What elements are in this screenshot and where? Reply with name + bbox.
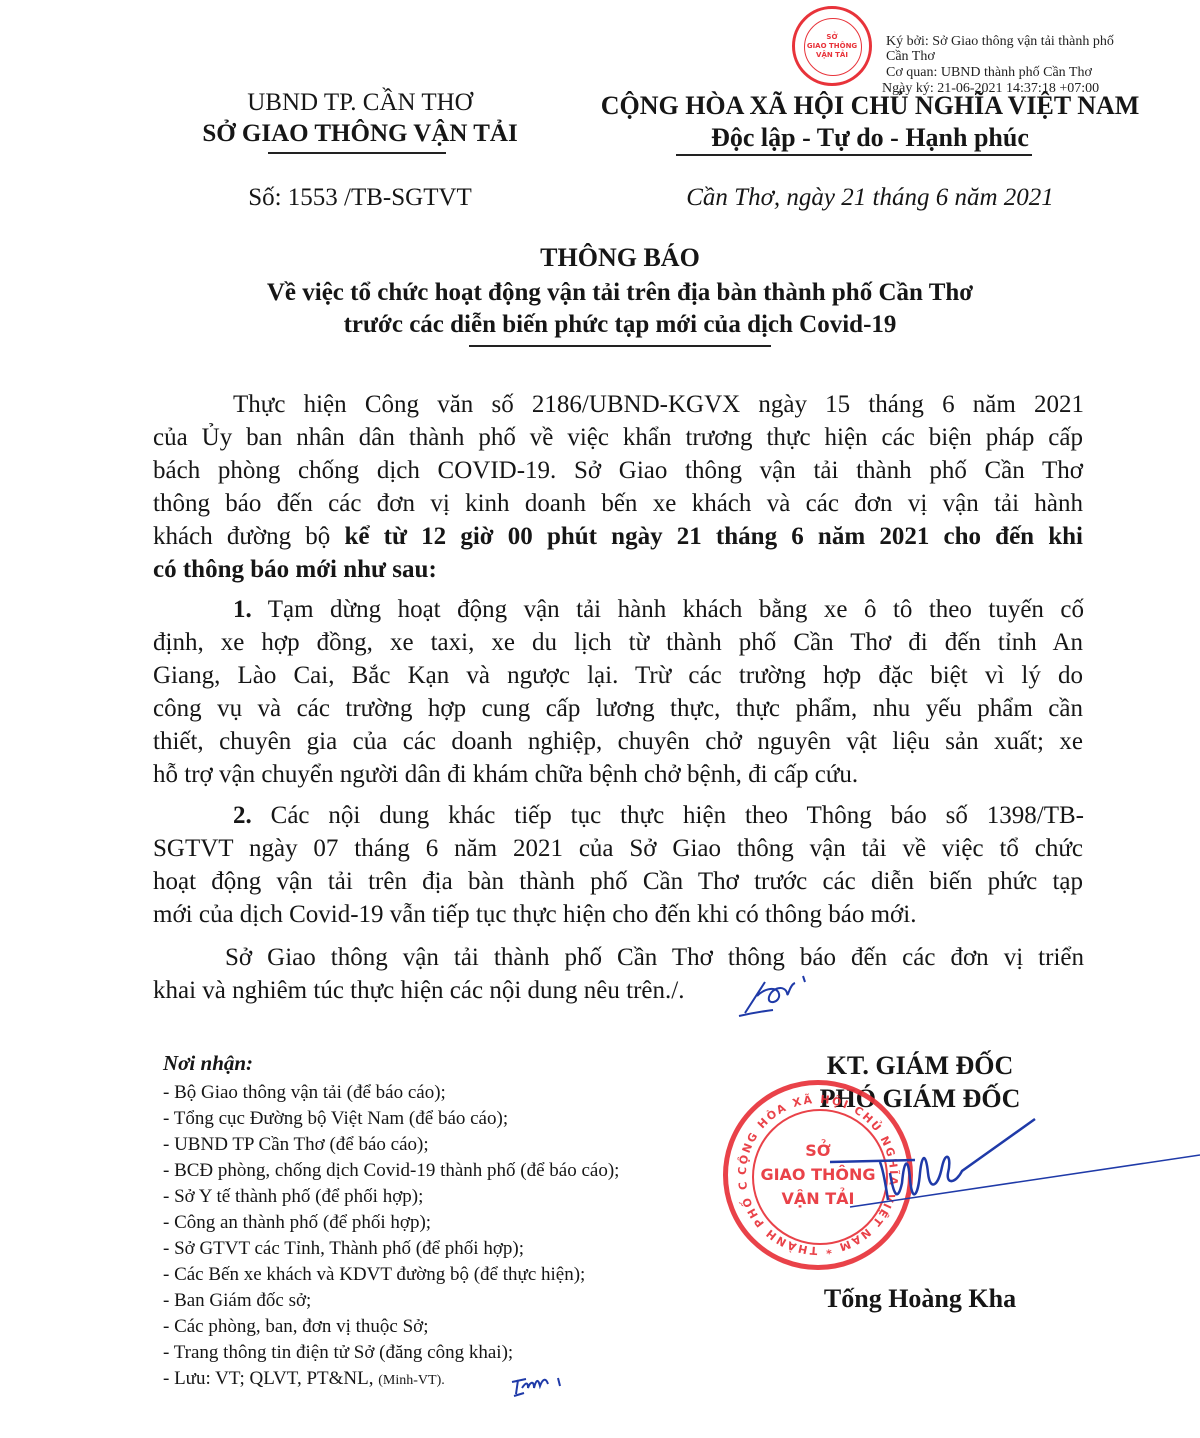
item2-line: hoạt động vận tải trên địa bàn thành phố… <box>153 865 1083 898</box>
stamp-small-line-1: SỞ <box>795 33 869 42</box>
intro-line: của Ủy ban nhân dân thành phố về việc kh… <box>153 421 1083 454</box>
digital-signature-stamp: SỞ GIAO THÔNG VẬN TẢI <box>792 6 872 86</box>
initial-mark-icon <box>735 968 855 1023</box>
recipient-archive: - Lưu: VT; QLVT, PT&NL, (Minh-VT). <box>163 1366 445 1394</box>
subject-line-1: Về việc tổ chức hoạt động vận tải trên đ… <box>0 279 1200 307</box>
item1-line: định, xe hợp đồng, xe taxi, xe du lịch t… <box>153 626 1083 659</box>
item1-line: 1. Tạm dừng hoạt động vận tải hành khách… <box>233 593 1084 626</box>
archive-initial-icon <box>508 1370 578 1400</box>
stamp-small-line-3: VẬN TẢI <box>795 51 869 60</box>
signer-on-behalf: KT. GIÁM ĐỐC <box>790 1051 1050 1081</box>
title-underline <box>469 345 771 347</box>
recipient-item: - Sở Y tế thành phố (để phối hợp); <box>163 1184 423 1210</box>
recipient-item: - Ban Giám đốc sở; <box>163 1288 311 1314</box>
org-name: SỞ GIAO THÔNG VẬN TẢI <box>150 120 570 148</box>
intro-line: thông báo đến các đơn vị kinh doanh bến … <box>153 487 1083 520</box>
national-title: CỘNG HÒA XÃ HỘI CHỦ NGHĨA VIỆT NAM <box>560 91 1180 121</box>
signed-by-cont: Cần Thơ <box>886 49 935 64</box>
signing-agency: Cơ quan: UBND thành phố Cần Thơ <box>886 65 1092 80</box>
place-date: Cần Thơ, ngày 21 tháng 6 năm 2021 <box>560 184 1180 212</box>
recipient-item: - Bộ Giao thông vận tải (để báo cáo); <box>163 1080 446 1106</box>
closing-line: khai và nghiêm túc thực hiện các nội dun… <box>153 974 1083 1007</box>
item2-line: mới của dịch Covid-19 vẫn tiếp tục thực … <box>153 898 1083 931</box>
stamp-small-line-2: GIAO THÔNG <box>795 42 869 51</box>
item1-line: công vụ và các trường hợp cung cấp lương… <box>153 692 1083 725</box>
intro-line-bold: có thông báo mới như sau: <box>153 553 1083 586</box>
intro-effective-time: kể từ 12 giờ 00 phút ngày 21 tháng 6 năm… <box>344 523 1083 550</box>
recipient-item: - UBND TP Cần Thơ (để báo cáo); <box>163 1132 429 1158</box>
handwritten-signature-icon <box>820 1125 1200 1225</box>
item1-line: hỗ trợ vận chuyển người dân đi khám chữa… <box>153 758 1083 791</box>
intro-line: bách phòng chống dịch COVID-19. Sở Giao … <box>153 454 1083 487</box>
recipient-item: - Công an thành phố (để phối hợp); <box>163 1210 431 1236</box>
recipient-item: - Các phòng, ban, đơn vị thuộc Sở; <box>163 1314 428 1340</box>
item1-line: Giang, Lào Cai, Bắc Kạn và ngược lại. Tr… <box>153 659 1083 692</box>
item2-number: 2. <box>233 802 252 829</box>
national-motto: Độc lập - Tự do - Hạnh phúc <box>560 123 1180 153</box>
recipients-label: Nơi nhận: <box>163 1051 253 1076</box>
closing-line: Sở Giao thông vận tải thành phố Cần Thơ … <box>225 941 1084 974</box>
signer-name: Tống Hoàng Kha <box>790 1284 1050 1314</box>
motto-underline <box>676 154 1032 156</box>
item1-number: 1. <box>233 596 252 623</box>
subject-line-2: trước các diễn biến phức tạp mới của dịc… <box>0 311 1200 339</box>
recipient-item: - Trang thông tin điện tử Sở (đăng công … <box>163 1340 513 1366</box>
item1-line: thiết, chuyên gia của các doanh nghiệp, … <box>153 725 1083 758</box>
intro-normal: khách đường bộ <box>153 523 344 550</box>
recipient-item: - Các Bến xe khách và KDVT đường bộ (để … <box>163 1262 585 1288</box>
recipient-item: - BCĐ phòng, chống dịch Covid-19 thành p… <box>163 1158 619 1184</box>
intro-line: khách đường bộ kể từ 12 giờ 00 phút ngày… <box>153 520 1083 553</box>
signed-by: Ký bởi: Sở Giao thông vận tải thành phố <box>886 34 1114 49</box>
org-parent: UBND TP. CẦN THƠ <box>150 89 570 117</box>
item2-line: 2. Các nội dung khác tiếp tục thực hiện … <box>233 799 1084 832</box>
doc-type: THÔNG BÁO <box>0 243 1200 273</box>
archive-drafter: (Minh-VT). <box>378 1373 445 1388</box>
doc-number: Số: 1553 /TB-SGTVT <box>150 184 570 212</box>
intro-line: Thực hiện Công văn số 2186/UBND-KGVX ngà… <box>233 388 1084 421</box>
recipient-item: - Sở GTVT các Tỉnh, Thành phố (để phối h… <box>163 1236 524 1262</box>
recipient-item: - Tổng cục Đường bộ Việt Nam (để báo cáo… <box>163 1106 508 1132</box>
org-underline <box>268 152 446 154</box>
item2-line: SGTVT ngày 07 tháng 6 năm 2021 của Sở Gi… <box>153 832 1083 865</box>
